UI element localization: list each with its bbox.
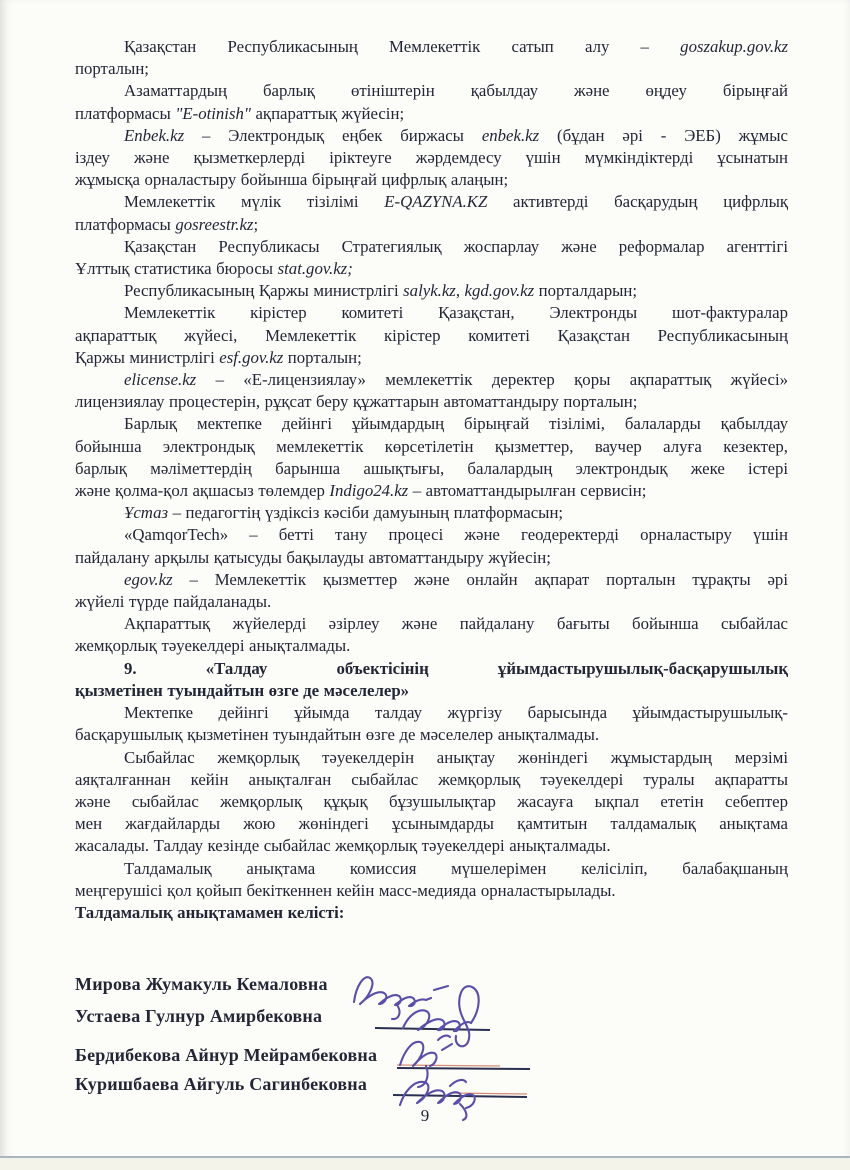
text-segment: Азаматтардың барлық өтініштерін қабылдау… — [124, 81, 788, 100]
text-segment: Талдамалық анықтама комиссия мүшелерімен… — [124, 859, 788, 878]
text-segment: Талдамалық анықтамамен келісті: — [75, 903, 344, 922]
text-segment: бойынша электрондық мемлекеттік көрсетіл… — [75, 437, 788, 456]
text-segment: басқарушылық қызметінен туындайтын өзге … — [75, 725, 599, 744]
text-segment: – «Е-лицензиялау» мемлекеттік деректер қ… — [196, 370, 788, 389]
paragraph: Ақпараттық жүйелерді әзірлеу және пайдал… — [75, 613, 788, 657]
text-line: мен жағдайларды жою жөніндегі ұсынымдард… — [75, 813, 788, 835]
italic-text-segment: E-QAZYNA.KZ — [384, 192, 487, 211]
text-segment: активтерді басқарудың цифрлық — [487, 192, 788, 211]
paragraph: Талдамалық анықтама комиссия мүшелерімен… — [75, 858, 788, 902]
document-body: Қазақстан Республикасының Мемлекеттік са… — [75, 36, 788, 924]
text-line: жемқорлық тәуекелдері анықталмады. — [75, 635, 788, 657]
text-segment: Сыбайлас жемқорлық тәуекелдерін анықтау … — [124, 748, 788, 767]
text-segment: порталдарын; — [534, 281, 637, 300]
text-line: аяқталғаннан кейін анықталған сыбайлас ж… — [75, 769, 788, 791]
text-line: Қазақстан Республикасының Мемлекеттік са… — [75, 36, 788, 58]
paragraph: Азаматтардың барлық өтініштерін қабылдау… — [75, 80, 788, 124]
text-segment: Мемлекеттік мүлік тізілімі — [124, 192, 384, 211]
text-segment: іздеу және қызметкерлерді іріктеуге жәрд… — [75, 148, 788, 167]
text-line: Қазақстан Республикасы Стратегиялық жосп… — [75, 236, 788, 258]
text-line: Мектепке дейінгі ұйымда талдау жүргізу б… — [75, 702, 788, 724]
text-segment: Ұлттық статистика бюросы — [75, 259, 278, 278]
text-line: Ақпараттық жүйелерді әзірлеу және пайдал… — [75, 613, 788, 635]
text-line: Республикасының Қаржы министрлігі salyk.… — [75, 280, 788, 302]
paragraph: Мемлекеттік кірістер комитеті Қазақстан,… — [75, 302, 788, 369]
paragraph: «QamqorTech» – бетті тану процесі және г… — [75, 524, 788, 568]
signatory-name: Мирова Жумакуль Кемаловна — [75, 974, 328, 994]
paragraph: Мемлекеттік мүлік тізілімі E-QAZYNA.KZ а… — [75, 191, 788, 235]
text-segment: Республикасының Қаржы министрлігі — [124, 281, 403, 300]
signatory-name: Куришбаева Айгуль Сагинбековна — [75, 1074, 367, 1094]
text-segment: платформасы — [75, 215, 175, 234]
text-line: іздеу және қызметкерлерді іріктеуге жәрд… — [75, 147, 788, 169]
text-line: жасалады. Талдау кезінде сыбайлас жемқор… — [75, 835, 788, 857]
text-segment: жүйелі түрде пайдаланады. — [75, 592, 271, 611]
text-line: платформасы gosreestr.kz; — [75, 214, 788, 236]
text-segment: Мемлекеттік кірістер комитеті Қазақстан,… — [124, 303, 788, 322]
signature-section: Мирова Жумакуль КемаловнаУстаева Гулнур … — [75, 972, 788, 1096]
paragraph: Республикасының Қаржы министрлігі salyk.… — [75, 280, 788, 302]
text-line: лицензиялау процестерін, рұқсат беру құж… — [75, 391, 788, 413]
paragraph: Ұстаз – педагогтің үздіксіз кәсіби дамуы… — [75, 502, 788, 524]
italic-text-segment: esf.gov.kz — [219, 348, 283, 367]
text-line: 9. «Талдау объектісінің ұйымдастырушылық… — [75, 658, 788, 680]
text-line: ақпараттық жүйесі, Мемлекеттік кірістер … — [75, 325, 788, 347]
text-segment: ; — [253, 215, 258, 234]
text-line: elicense.kz – «Е-лицензиялау» мемлекетті… — [75, 369, 788, 391]
text-segment: 9. «Талдау объектісінің ұйымдастырушылық… — [124, 659, 788, 678]
paragraph: 9. «Талдау объектісінің ұйымдастырушылық… — [75, 658, 788, 702]
text-line: пайдалану арқылы қатысуды бақылауды авто… — [75, 547, 788, 569]
text-segment: қызметінен туындайтын өзге де мәселелер» — [75, 681, 409, 700]
text-segment: аяқталғаннан кейін анықталған сыбайлас ж… — [75, 770, 788, 789]
italic-text-segment: Ұстаз — [124, 503, 168, 522]
text-segment: меңгерушісі қол қойып бекіткеннен кейін … — [75, 881, 616, 900]
italic-text-segment: egov.kz — [124, 570, 173, 589]
text-segment: жемқорлық тәуекелдері анықталмады. — [75, 636, 350, 655]
text-segment: Мектепке дейінгі ұйымда талдау жүргізу б… — [124, 703, 788, 722]
paragraph: Қазақстан Республикасының Мемлекеттік са… — [75, 36, 788, 80]
text-segment: Қазақстан Республикасы Стратегиялық жосп… — [124, 237, 788, 256]
text-line: Мемлекеттік кірістер комитеті Қазақстан,… — [75, 302, 788, 324]
text-segment: (бұдан әрі - ЭЕБ) жұмыс — [539, 126, 788, 145]
text-line: барлық мәліметтердің барынша ашықтығы, б… — [75, 458, 788, 480]
italic-text-segment: Enbek.kz — [124, 126, 184, 145]
text-line: Мемлекеттік мүлік тізілімі E-QAZYNA.KZ а… — [75, 191, 788, 213]
text-segment: жасалады. Талдау кезінде сыбайлас жемқор… — [75, 836, 611, 855]
text-segment: , — [456, 281, 465, 300]
italic-text-segment: goszakup.gov.kz — [680, 37, 788, 56]
paragraph: Мектепке дейінгі ұйымда талдау жүргізу б… — [75, 702, 788, 746]
italic-text-segment: elicense.kz — [124, 370, 196, 389]
text-segment: және қолма-қол ақшасыз төлемдер — [75, 481, 329, 500]
paragraph: Талдамалық анықтамамен келісті: — [75, 902, 788, 924]
text-line: Талдамалық анықтама комиссия мүшелерімен… — [75, 858, 788, 880]
paragraph: Барлық мектепке дейінгі ұйымдардың бірың… — [75, 413, 788, 502]
text-segment: Қазақстан Республикасының Мемлекеттік са… — [124, 37, 680, 56]
text-segment: жұмысқа орналастыру бойынша бірыңғай циф… — [75, 170, 508, 189]
signatory-name: Устаева Гулнур Амирбековна — [75, 1006, 322, 1026]
text-segment: – Электрондық еңбек биржасы — [184, 126, 482, 145]
scanned-document-page: Қазақстан Республикасының Мемлекеттік са… — [0, 0, 850, 1170]
signatory-row: Мирова Жумакуль Кемаловна — [75, 972, 788, 996]
italic-text-segment: Indigo24.kz — [329, 481, 408, 500]
text-segment: лицензиялау процестерін, рұқсат беру құж… — [75, 392, 637, 411]
italic-text-segment: gosreestr.kz — [175, 215, 253, 234]
text-line: жұмысқа орналастыру бойынша бірыңғай циф… — [75, 169, 788, 191]
text-line: порталын; — [75, 58, 788, 80]
signatory-row: Устаева Гулнур Амирбековна — [75, 1004, 788, 1028]
text-segment: барлық мәліметтердің барынша ашықтығы, б… — [75, 459, 788, 478]
text-line: Сыбайлас жемқорлық тәуекелдерін анықтау … — [75, 747, 788, 769]
text-line: Қаржы министрлігі esf.gov.kz порталын; — [75, 347, 788, 369]
text-segment: – педагогтің үздіксіз кәсіби дамуының пл… — [168, 503, 563, 522]
text-segment: және сыбайлас жемқорлық құқық бұзушылықт… — [75, 792, 788, 811]
italic-text-segment: "E-otinish" — [175, 104, 251, 123]
text-segment: платформасы — [75, 104, 175, 123]
text-segment: – автоматтандырылған сервисін; — [408, 481, 646, 500]
text-line: меңгерушісі қол қойып бекіткеннен кейін … — [75, 880, 788, 902]
text-line: Ұстаз – педагогтің үздіксіз кәсіби дамуы… — [75, 502, 788, 524]
italic-text-segment: kgd.gov.kz — [465, 281, 535, 300]
text-segment: Қаржы министрлігі — [75, 348, 219, 367]
text-segment: порталын; — [283, 348, 362, 367]
page-number: 9 — [0, 1106, 850, 1126]
paragraph: Enbek.kz – Электрондық еңбек биржасы enb… — [75, 125, 788, 192]
text-segment: Ақпараттық жүйелерді әзірлеу және пайдал… — [124, 614, 788, 633]
text-segment: «QamqorTech» – бетті тану процесі және г… — [124, 525, 788, 544]
paragraph: elicense.kz – «Е-лицензиялау» мемлекетті… — [75, 369, 788, 413]
text-segment: – Мемлекеттік қызметтер және онлайн ақпа… — [173, 570, 788, 589]
signatory-row: Бердибекова Айнур Мейрамбековна — [75, 1043, 788, 1067]
text-line: Enbek.kz – Электрондық еңбек биржасы enb… — [75, 125, 788, 147]
text-line: және қолма-қол ақшасыз төлемдер Indigo24… — [75, 480, 788, 502]
signatory-row: Куришбаева Айгуль Сагинбековна — [75, 1072, 788, 1096]
italic-text-segment: salyk.kz — [403, 281, 456, 300]
text-line: egov.kz – Мемлекеттік қызметтер және онл… — [75, 569, 788, 591]
signatory-name: Бердибекова Айнур Мейрамбековна — [75, 1045, 377, 1065]
text-segment: пайдалану арқылы қатысуды бақылауды авто… — [75, 548, 551, 567]
text-line: «QamqorTech» – бетті тану процесі және г… — [75, 524, 788, 546]
italic-text-segment: enbek.kz — [482, 126, 539, 145]
text-line: Азаматтардың барлық өтініштерін қабылдау… — [75, 80, 788, 102]
paragraph: Қазақстан Республикасы Стратегиялық жосп… — [75, 236, 788, 280]
text-segment: мен жағдайларды жою жөніндегі ұсынымдард… — [75, 814, 788, 833]
text-line: және сыбайлас жемқорлық құқық бұзушылықт… — [75, 791, 788, 813]
text-line: Барлық мектепке дейінгі ұйымдардың бірың… — [75, 413, 788, 435]
text-line: қызметінен туындайтын өзге де мәселелер» — [75, 680, 788, 702]
text-segment: ақпараттық жүйесін; — [251, 104, 404, 123]
text-line: басқарушылық қызметінен туындайтын өзге … — [75, 724, 788, 746]
text-line: Ұлттық статистика бюросы stat.gov.kz; — [75, 258, 788, 280]
italic-text-segment: stat.gov.kz; — [278, 259, 353, 278]
text-line: платформасы "E-otinish" ақпараттық жүйес… — [75, 103, 788, 125]
text-segment: ақпараттық жүйесі, Мемлекеттік кірістер … — [75, 326, 788, 345]
text-segment: Барлық мектепке дейінгі ұйымдардың бірың… — [124, 414, 788, 433]
scan-bottom-edge — [0, 1156, 850, 1170]
paragraph: egov.kz – Мемлекеттік қызметтер және онл… — [75, 569, 788, 613]
text-line: Талдамалық анықтамамен келісті: — [75, 902, 788, 924]
text-segment: порталын; — [75, 59, 149, 78]
text-line: жүйелі түрде пайдаланады. — [75, 591, 788, 613]
paragraph: Сыбайлас жемқорлық тәуекелдерін анықтау … — [75, 747, 788, 858]
text-line: бойынша электрондық мемлекеттік көрсетіл… — [75, 436, 788, 458]
